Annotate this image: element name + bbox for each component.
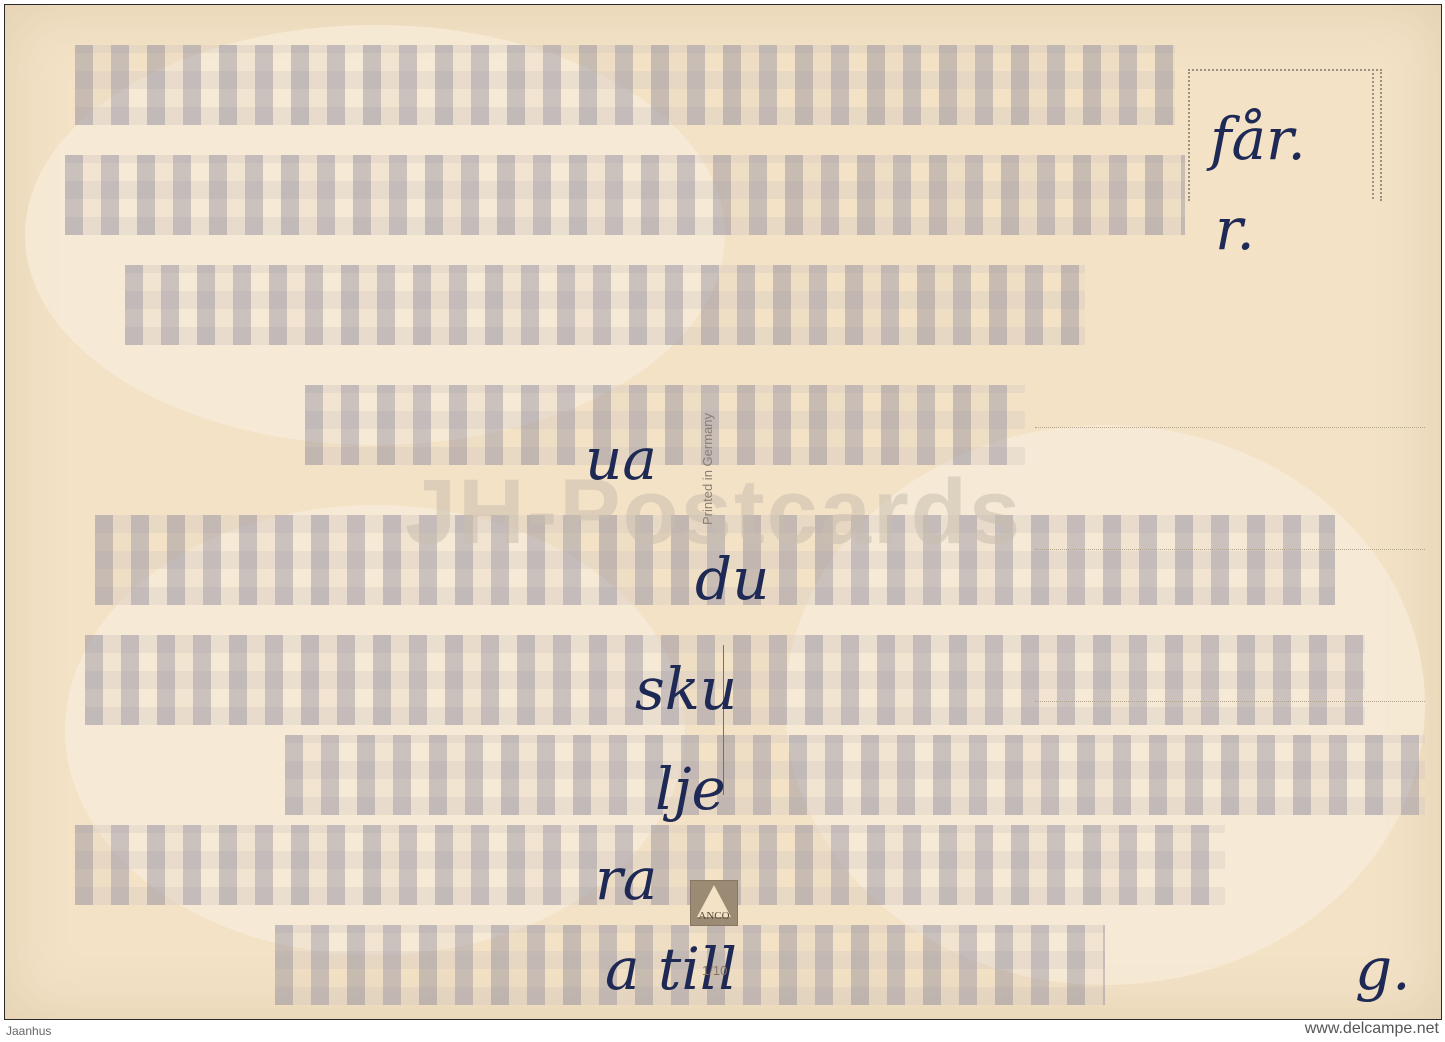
stamp-box: [1372, 69, 1374, 199]
address-line: [1035, 701, 1425, 702]
handwriting: får.: [1210, 105, 1306, 173]
handwriting: ra: [595, 845, 657, 913]
handwriting: ua: [585, 425, 657, 493]
redacted-text: [75, 45, 1175, 125]
publisher-name: ANCO: [691, 910, 737, 922]
redacted-text: [305, 385, 1025, 465]
handwriting: g.: [1355, 935, 1411, 1003]
handwriting: r.: [1215, 195, 1255, 263]
handwriting: lje: [655, 755, 726, 823]
anco-logo: ANCO: [690, 880, 738, 926]
address-line: [1035, 427, 1425, 428]
site-url: www.delcampe.net: [1305, 1020, 1439, 1038]
printed-in-germany: Printed in Germany: [700, 413, 715, 525]
handwriting: du: [695, 545, 769, 613]
redacted-text: [285, 735, 1425, 815]
handwriting: sku: [635, 655, 737, 723]
postcard-back: JH-Postcards Printed in Germany får. r. …: [4, 4, 1442, 1020]
redacted-text: [65, 155, 1185, 235]
uploader-name: Jaanhus: [6, 1024, 51, 1038]
series-number: 1/10: [702, 963, 727, 978]
redacted-text: [125, 265, 1085, 345]
address-line: [1035, 549, 1425, 550]
